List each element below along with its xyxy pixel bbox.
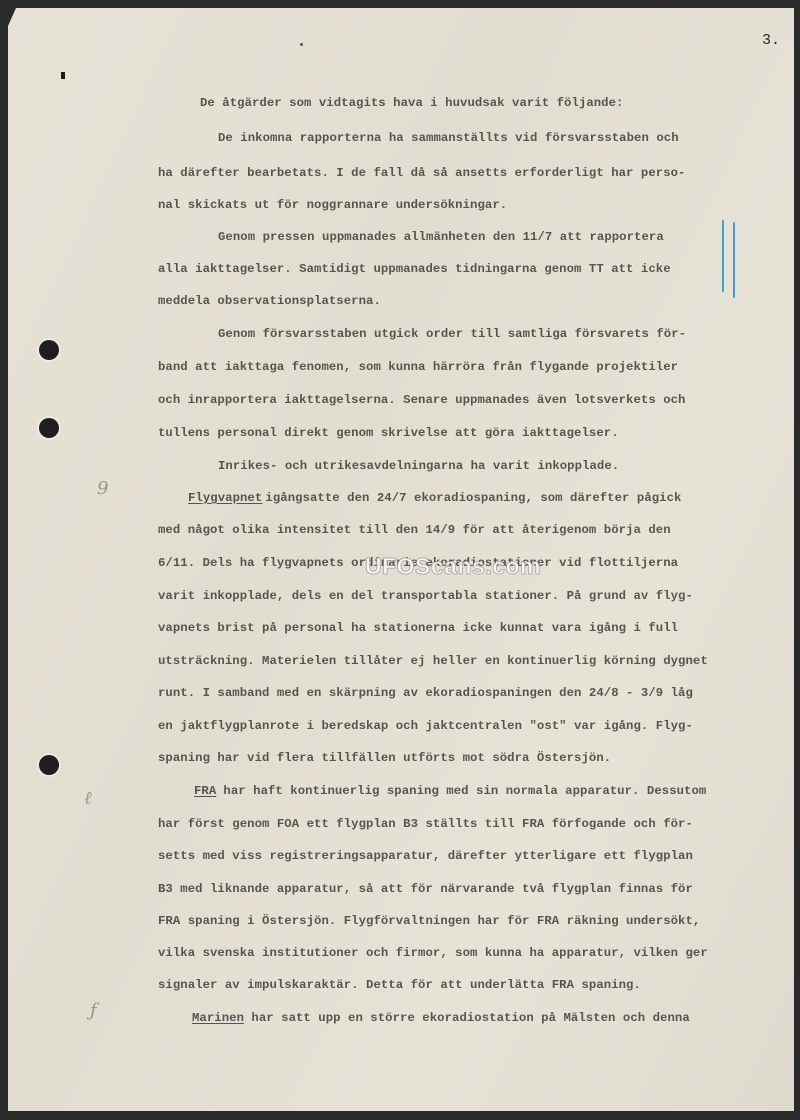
text-line: setts med viss registreringsapparatur, d… xyxy=(158,849,693,863)
text-line: utsträckning. Materielen tillåter ej hel… xyxy=(158,654,708,668)
text-line: Genom pressen uppmanades allmänheten den… xyxy=(218,230,664,244)
section-heading-underlined: Marinen xyxy=(192,1011,244,1025)
section-heading-underlined: Flygvapnet xyxy=(188,491,262,505)
text-line: FRA spaning i Östersjön. Flygförvaltning… xyxy=(158,914,700,928)
text-line: nal skickats ut för noggrannare undersök… xyxy=(158,198,507,212)
text-line: vilka svenska institutioner och firmor, … xyxy=(158,946,708,960)
blue-pen-stroke xyxy=(733,222,735,298)
text-line: band att iakttaga fenomen, som kunna här… xyxy=(158,360,678,374)
text-line: vapnets brist på personal ha stationerna… xyxy=(158,621,678,635)
text-line: ha därefter bearbetats. I de fall då så … xyxy=(158,166,685,180)
text-line: har först genom FOA ett flygplan B3 stäl… xyxy=(158,817,693,831)
text-line: med något olika intensitet till den 14/9… xyxy=(158,523,671,537)
page-corner-fold xyxy=(8,8,16,26)
text-line: alla iakttagelser. Samtidigt uppmanades … xyxy=(158,262,671,276)
text-line: Genom försvarsstaben utgick order till s… xyxy=(218,327,686,341)
text-line: B3 med liknande apparatur, så att för nä… xyxy=(158,882,693,896)
text-line: och inrapportera iakttagelserna. Senare … xyxy=(158,393,685,407)
text-line: Inrikes- och utrikesavdelningarna ha var… xyxy=(218,459,619,473)
staple-mark xyxy=(61,72,65,79)
page-number: 3. xyxy=(762,32,780,49)
punch-hole xyxy=(39,418,59,438)
pencil-margin-note: 9 xyxy=(97,478,108,499)
text-line: tullens personal direkt genom skrivelse … xyxy=(158,426,619,440)
pencil-margin-note: ƒ xyxy=(90,1000,97,1021)
text-line: De inkomna rapporterna ha sammanställts … xyxy=(218,131,679,145)
text-line: har satt upp en större ekoradiostation p… xyxy=(244,1011,690,1025)
section-heading-underlined: FRA xyxy=(194,784,216,798)
text-line: De åtgärder som vidtagits hava i huvudsa… xyxy=(200,96,623,110)
text-line: spaning har vid flera tillfällen utförts… xyxy=(158,751,611,765)
text-line: har haft kontinuerlig spaning med sin no… xyxy=(216,784,706,798)
blue-pen-stroke xyxy=(722,220,724,292)
ink-dot xyxy=(300,43,303,46)
watermark: UFOScans.com xyxy=(365,553,541,580)
pencil-margin-note: ℓ xyxy=(84,788,92,809)
text-line: igångsatte den 24/7 ekoradiospaning, som… xyxy=(258,491,681,505)
text-line: varit inkopplade, dels en del transporta… xyxy=(158,589,693,603)
text-line: en jaktflygplanrote i beredskap och jakt… xyxy=(158,719,693,733)
text-line: meddela observationsplatserna. xyxy=(158,294,381,308)
text-line: runt. I samband med en skärpning av ekor… xyxy=(158,686,693,700)
text-line: signaler av impulskaraktär. Detta för at… xyxy=(158,978,641,992)
punch-hole xyxy=(39,755,59,775)
punch-hole xyxy=(39,340,59,360)
